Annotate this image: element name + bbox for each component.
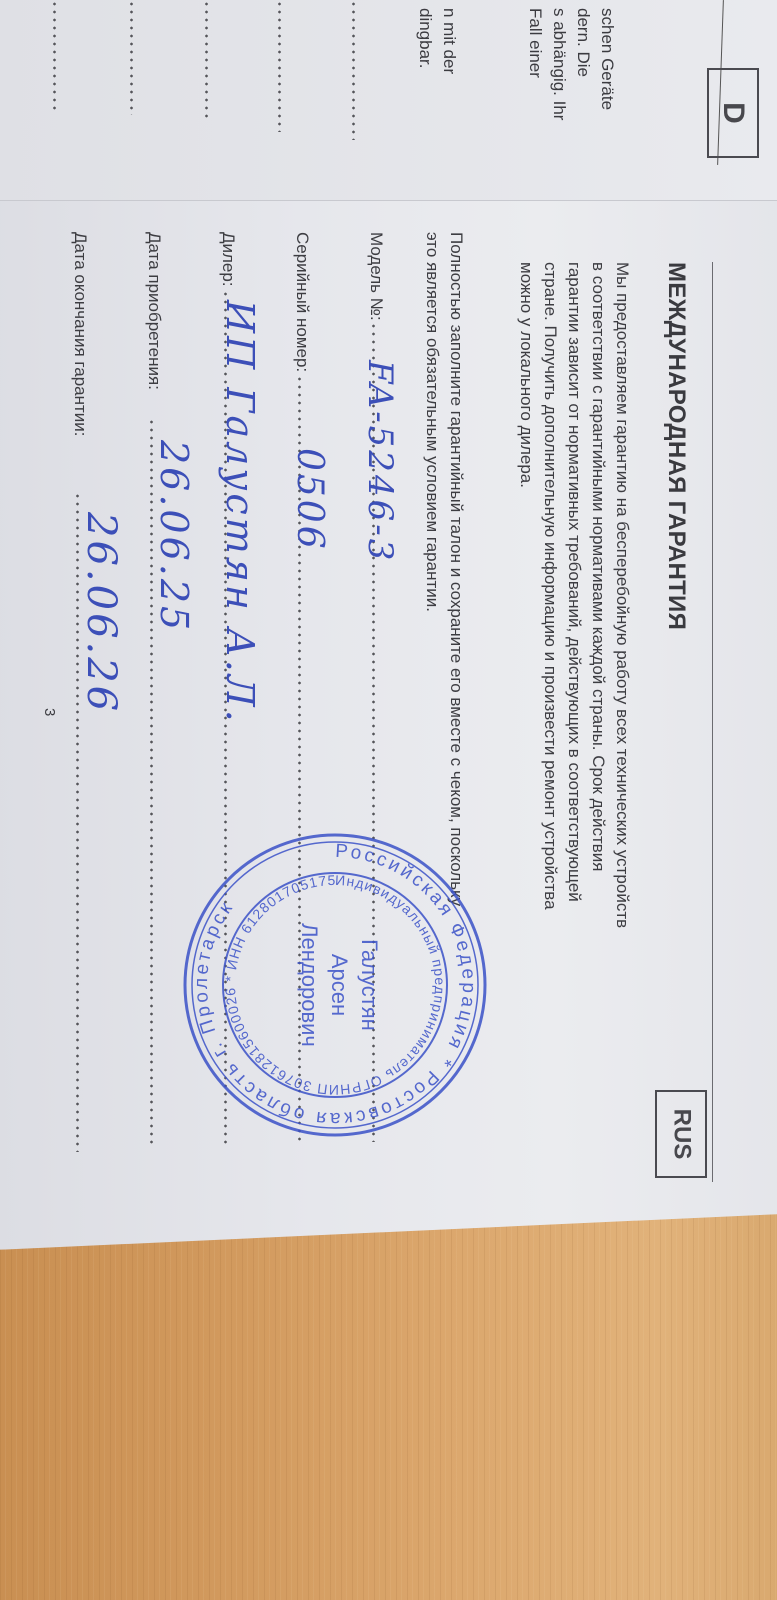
de-text-line: s abhängig. Ihr [547, 8, 572, 120]
field-value-warranty-end: 26.06.26 [78, 512, 124, 714]
dotted-line [130, 0, 133, 115]
previous-page-german: D schen Geräte dern. Die s abhängig. Ihr… [0, 0, 777, 201]
paragraph-line: это является обязательным условием гаран… [420, 232, 444, 612]
field-value-model: FA-5246-3 [360, 360, 400, 563]
language-badge-rus: RUS [655, 1090, 707, 1178]
de-text-line: Fall einer [523, 8, 548, 78]
dotted-line [205, 0, 208, 122]
page-title: МЕЖДУНАРОДНАЯ ГАРАНТИЯ [662, 262, 690, 630]
field-label-warranty-end: Дата окончания гарантии: [70, 232, 90, 437]
svg-text:Галустян: Галустян [357, 939, 382, 1031]
field-label-serial: Серийный номер: [292, 232, 312, 372]
paragraph-line: в соответствии с гарантийными нормативам… [586, 262, 610, 872]
field-label-purchase-date: Дата приобретения: [144, 232, 164, 390]
language-badge-de: D [707, 68, 759, 158]
svg-text:Лендорович: Лендорович [297, 923, 322, 1047]
de-text-line: n mit der [437, 8, 462, 74]
paragraph-line: Полностью заполните гарантийный талон и … [444, 232, 468, 906]
seal-stamp: Российская Федерация * Ростовская област… [180, 830, 490, 1140]
dotted-line [53, 0, 56, 110]
field-value-purchase-date: 26.06.25 [152, 440, 196, 633]
de-text-line: dern. Die [571, 8, 596, 77]
field-value-serial: 0506 [289, 448, 330, 552]
paragraph-line: Мы предоставляем гарантию на бесперебойн… [610, 262, 634, 928]
de-text-line: schen Geräte [595, 8, 620, 110]
header-rule [712, 262, 713, 1182]
paragraph-line: стране. Получить дополнительную информац… [538, 262, 562, 910]
field-value-dealer: ИП Галустян А.Л. [218, 300, 262, 725]
paragraph-line: можно у локального дилера. [514, 262, 538, 488]
paragraph-line: гарантии зависит от нормативных требован… [562, 262, 586, 902]
page-number: 3 [41, 708, 58, 716]
de-text-line: dingbar. [413, 8, 438, 69]
field-label-dealer: Дилер: [218, 232, 238, 287]
svg-text:Арсен: Арсен [327, 954, 352, 1016]
dotted-line [352, 0, 355, 140]
field-label-model: Модель №: [366, 232, 386, 321]
dotted-line [278, 0, 281, 132]
